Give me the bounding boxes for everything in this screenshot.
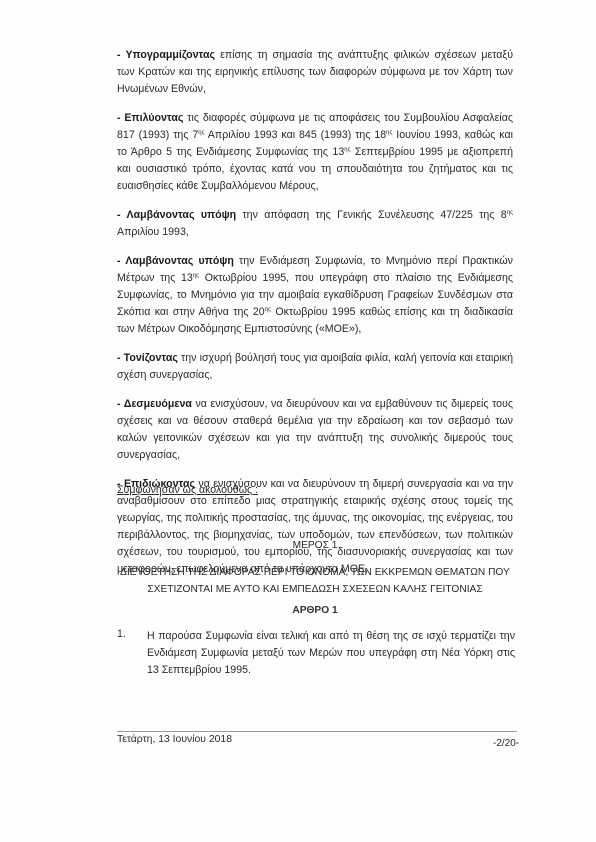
article-heading: ΑΡΘΡΟ 1 (117, 605, 513, 616)
preamble-paragraph: - Λαμβάνοντας υπόψη την Ενδιάμεση Συμφων… (117, 253, 513, 338)
footer-date: Τετάρτη, 13 Ιουνίου 2018 (117, 734, 232, 745)
agreed-clause: Συμφώνησαν ως ακολούθως : (117, 484, 258, 496)
page-number: -2/20- (493, 738, 519, 749)
article-item-text: Η παρούσα Συμφωνία είναι τελική και από … (147, 628, 515, 679)
preamble-paragraph: - Επιλύοντας τις διαφορές σύμφωνα με τις… (117, 110, 513, 195)
paragraph-lead: - Επιλύοντας (117, 112, 183, 124)
preamble: - Υπογραμμίζοντας επίσης τη σημασία της … (117, 47, 513, 590)
paragraph-lead: - Τονίζοντας (117, 352, 178, 364)
footer-divider (117, 731, 517, 732)
preamble-paragraph: - Υπογραμμίζοντας επίσης τη σημασία της … (117, 47, 513, 98)
paragraph-lead: - Δεσμευόμενα (117, 398, 192, 410)
article-item-number: 1. (117, 628, 126, 640)
preamble-paragraph: - Δεσμευόμενα να ενισχύσουν, να διευρύνο… (117, 396, 513, 464)
preamble-paragraph: - Λαμβάνοντας υπόψη την απόφαση της Γενι… (117, 207, 513, 241)
preamble-paragraph: - Τονίζοντας την ισχυρή βούλησή τους για… (117, 350, 513, 384)
document-page: - Υπογραμμίζοντας επίσης τη σημασία της … (0, 0, 596, 842)
paragraph-lead: - Υπογραμμίζοντας (117, 49, 215, 61)
paragraph-lead: - Λαμβάνοντας υπόψη (117, 209, 236, 221)
paragraph-lead: - Λαμβάνοντας υπόψη (117, 255, 234, 267)
part-heading: ΜΕΡΟΣ 1 (117, 540, 513, 551)
part-title: ΔΙΕΥΘΕΤΗΣΗ ΤΗΣ ΔΙΑΦΟΡΑΣ ΠΕΡΙ ΤΟ ΟΝΟΜΑ, Τ… (117, 564, 513, 598)
